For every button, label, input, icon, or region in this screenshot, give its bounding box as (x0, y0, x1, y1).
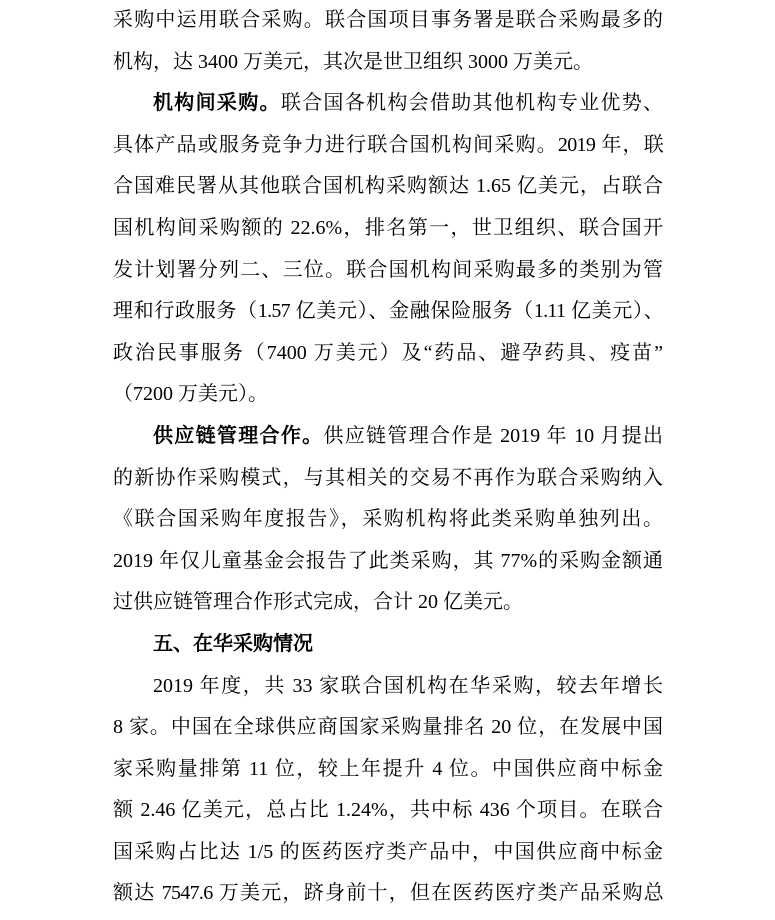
line-text: 发计划署分列二、三位。联合国机构间采购最多的类别为管 (113, 259, 663, 281)
document-page: 采购中运用联合采购。联合国项目事务署是联合采购最多的 机构，达 3400 万美元… (0, 0, 775, 920)
text-line: 家采购量排第 11 位，较上年提升 4 位。中国供应商中标金 (113, 749, 663, 791)
line-text: 的新协作采购模式，与其相关的交易不再作为联合采购纳入 (113, 467, 663, 489)
text-line: 过供应链管理合作形式完成，合计 20 亿美元。 (113, 582, 663, 624)
line-text: 家采购量排第 11 位，较上年提升 4 位。中国供应商中标金 (113, 758, 663, 780)
line-text: 额达 7547.6 万美元，跻身前十，但在医药医疗类产品采购总 (113, 882, 663, 904)
text-line: 具体产品或服务竞争力进行联合国机构间采购。2019 年，联 (113, 125, 663, 167)
text-block: 采购中运用联合采购。联合国项目事务署是联合采购最多的 机构，达 3400 万美元… (113, 0, 663, 915)
line-text: 8 家。中国在全球供应商国家采购量排名 20 位，在发展中国 (113, 716, 663, 738)
text-line: 发计划署分列二、三位。联合国机构间采购最多的类别为管 (113, 250, 663, 292)
paragraph-lead: 供应链管理合作。 (153, 425, 323, 447)
line-text: 理和行政服务（1.57 亿美元）、金融保险服务（1.11 亿美元）、 (113, 300, 663, 322)
line-text: 供应链管理合作是 2019 年 10 月提出 (323, 425, 663, 447)
text-line: （7200 万美元）。 (113, 374, 663, 416)
text-line: 机构，达 3400 万美元，其次是世卫组织 3000 万美元。 (113, 42, 663, 84)
line-text: 机构，达 3400 万美元，其次是世卫组织 3000 万美元。 (113, 51, 593, 73)
text-line: 《联合国采购年度报告》，采购机构将此类采购单独列出。 (113, 499, 663, 541)
line-text: 国采购占比达 1/5 的医药医疗类产品中，中国供应商中标金 (113, 841, 663, 863)
line-text: 具体产品或服务竞争力进行联合国机构间采购。2019 年，联 (113, 134, 663, 156)
text-line: 采购中运用联合采购。联合国项目事务署是联合采购最多的 (113, 0, 663, 42)
heading-text: 五、在华采购情况 (153, 633, 313, 655)
line-text: 采购中运用联合采购。联合国项目事务署是联合采购最多的 (113, 9, 663, 31)
text-line: 额达 7547.6 万美元，跻身前十，但在医药医疗类产品采购总 (113, 873, 663, 915)
text-line: 国机构间采购额的 22.6%，排名第一，世卫组织、联合国开 (113, 208, 663, 250)
line-text: 国机构间采购额的 22.6%，排名第一，世卫组织、联合国开 (113, 217, 663, 239)
text-line: 额 2.46 亿美元，总占比 1.24%，共中标 436 个项目。在联合 (113, 790, 663, 832)
section-heading: 五、在华采购情况 (113, 624, 663, 666)
paragraph-lead: 机构间采购。 (153, 92, 281, 114)
text-line: 合国难民署从其他联合国机构采购额达 1.65 亿美元，占联合 (113, 166, 663, 208)
line-text: 2019 年仅儿童基金会报告了此类采购，其 77%的采购金额通 (113, 550, 663, 572)
text-line: 政治民事服务（7400 万美元）及“药品、避孕药具、疫苗” (113, 333, 663, 375)
line-text: 2019 年度，共 33 家联合国机构在华采购，较去年增长 (153, 675, 663, 697)
line-text: 过供应链管理合作形式完成，合计 20 亿美元。 (113, 591, 523, 613)
text-line: 8 家。中国在全球供应商国家采购量排名 20 位，在发展中国 (113, 707, 663, 749)
line-text: 政治民事服务（7400 万美元）及“药品、避孕药具、疫苗” (113, 342, 663, 364)
line-text: 额 2.46 亿美元，总占比 1.24%，共中标 436 个项目。在联合 (113, 799, 663, 821)
text-line: 的新协作采购模式，与其相关的交易不再作为联合采购纳入 (113, 458, 663, 500)
line-text: （7200 万美元）。 (113, 383, 268, 405)
text-line: 国采购占比达 1/5 的医药医疗类产品中，中国供应商中标金 (113, 832, 663, 874)
text-line: 理和行政服务（1.57 亿美元）、金融保险服务（1.11 亿美元）、 (113, 291, 663, 333)
line-text: 合国难民署从其他联合国机构采购额达 1.65 亿美元，占联合 (113, 175, 663, 197)
line-text: 联合国各机构会借助其他机构专业优势、 (281, 92, 663, 114)
text-line: 2019 年仅儿童基金会报告了此类采购，其 77%的采购金额通 (113, 541, 663, 583)
text-line: 机构间采购。联合国各机构会借助其他机构专业优势、 (113, 83, 663, 125)
text-line: 2019 年度，共 33 家联合国机构在华采购，较去年增长 (113, 666, 663, 708)
line-text: 《联合国采购年度报告》，采购机构将此类采购单独列出。 (113, 508, 663, 530)
text-line: 供应链管理合作。供应链管理合作是 2019 年 10 月提出 (113, 416, 663, 458)
